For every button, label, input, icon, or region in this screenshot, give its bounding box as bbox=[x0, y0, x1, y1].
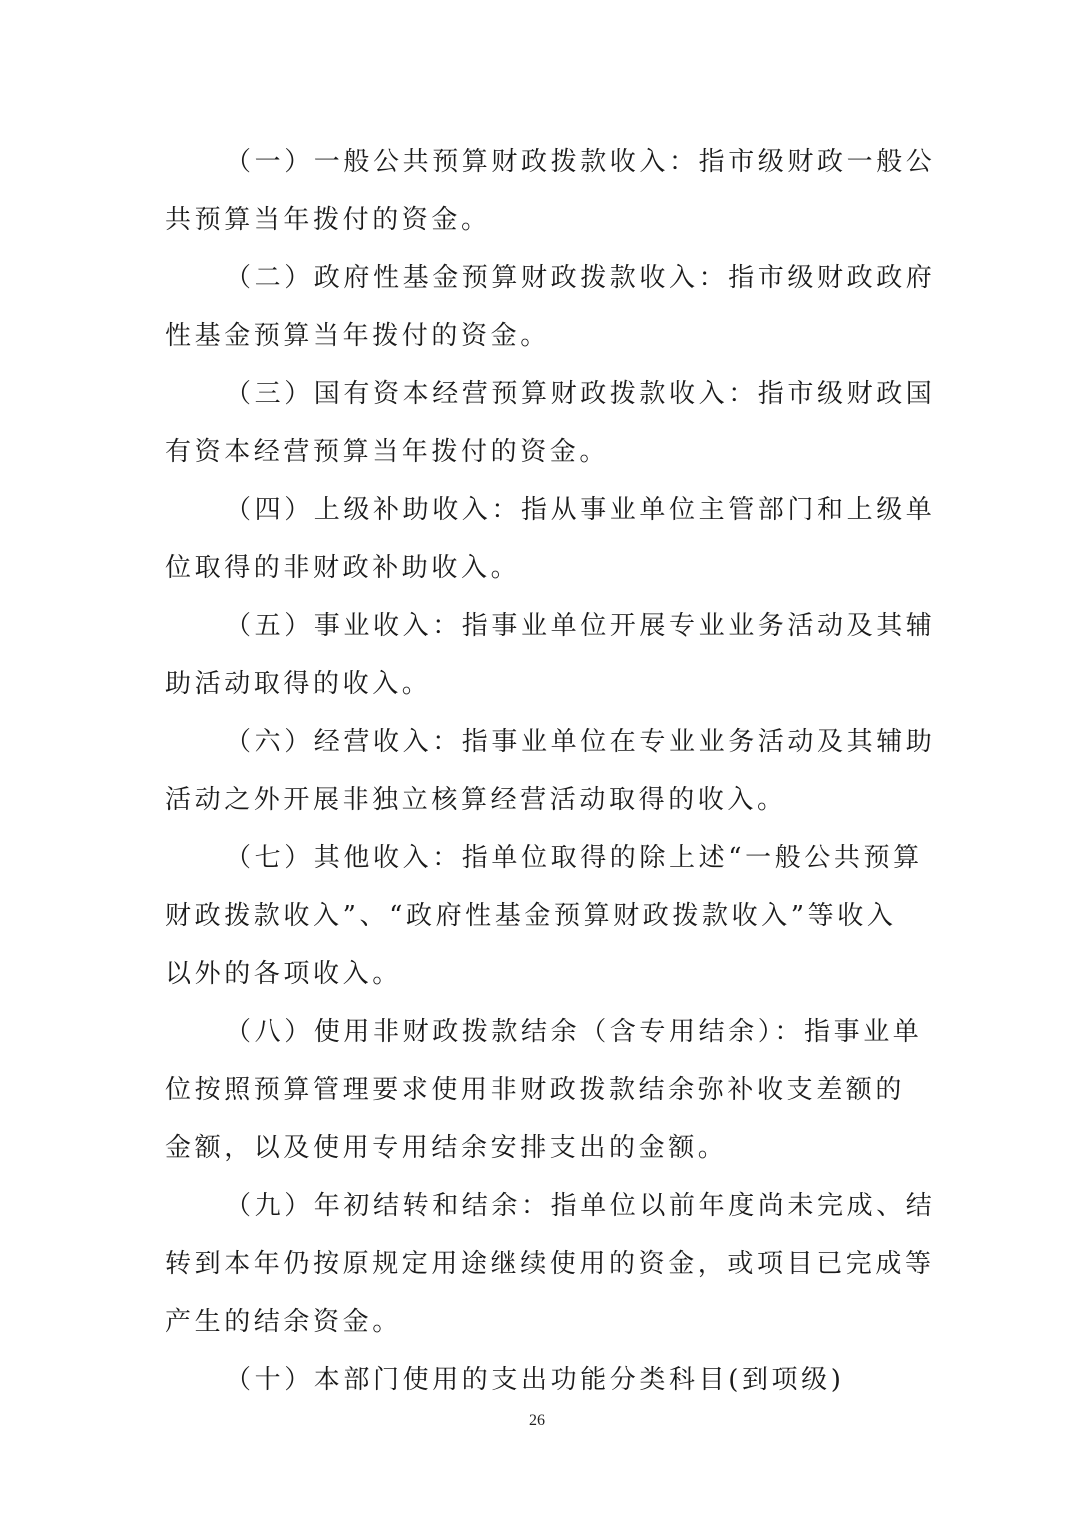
paragraph-7-line-1: （七）其他收入：指单位取得的除上述“一般公共预算 bbox=[225, 838, 985, 878]
paragraph-7-line-3: 以外的各项收入。 bbox=[165, 954, 925, 994]
paragraph-9-line-3: 产生的结余资金。 bbox=[165, 1302, 925, 1342]
paragraph-2-line-2: 性基金预算当年拨付的资金。 bbox=[165, 316, 925, 356]
paragraph-9-line-2: 转到本年仍按原规定用途继续使用的资金，或项目已完成等 bbox=[165, 1244, 925, 1284]
paragraph-4-line-2: 位取得的非财政补助收入。 bbox=[165, 548, 925, 588]
paragraph-6-line-2: 活动之外开展非独立核算经营活动取得的收入。 bbox=[165, 780, 925, 820]
page-number: 26 bbox=[0, 1412, 1074, 1430]
document-page: （一）一般公共预算财政拨款收入：指市级财政一般公 共预算当年拨付的资金。 （二）… bbox=[0, 0, 1074, 1520]
paragraph-6-line-1: （六）经营收入：指事业单位在专业业务活动及其辅助 bbox=[225, 722, 985, 762]
paragraph-9-line-1: （九）年初结转和结余：指单位以前年度尚未完成、结 bbox=[225, 1186, 985, 1226]
paragraph-2-line-1: （二）政府性基金预算财政拨款收入：指市级财政政府 bbox=[225, 258, 985, 298]
paragraph-8-line-1: （八）使用非财政拨款结余（含专用结余）：指事业单 bbox=[225, 1012, 985, 1052]
paragraph-1-line-1: （一）一般公共预算财政拨款收入：指市级财政一般公 bbox=[225, 142, 985, 182]
paragraph-8-line-2: 位按照预算管理要求使用非财政拨款结余弥补收支差额的 bbox=[165, 1070, 925, 1110]
paragraph-8-line-3: 金额，以及使用专用结余安排支出的金额。 bbox=[165, 1128, 925, 1168]
paragraph-10-heading: （十）本部门使用的支出功能分类科目(到项级) bbox=[225, 1360, 985, 1400]
paragraph-1-line-2: 共预算当年拨付的资金。 bbox=[165, 200, 925, 240]
paragraph-3-line-1: （三）国有资本经营预算财政拨款收入：指市级财政国 bbox=[225, 374, 985, 414]
paragraph-5-line-2: 助活动取得的收入。 bbox=[165, 664, 925, 704]
paragraph-4-line-1: （四）上级补助收入：指从事业单位主管部门和上级单 bbox=[225, 490, 985, 530]
paragraph-7-line-2: 财政拨款收入”、“政府性基金预算财政拨款收入”等收入 bbox=[165, 896, 925, 936]
paragraph-5-line-1: （五）事业收入：指事业单位开展专业业务活动及其辅 bbox=[225, 606, 985, 646]
paragraph-3-line-2: 有资本经营预算当年拨付的资金。 bbox=[165, 432, 925, 472]
